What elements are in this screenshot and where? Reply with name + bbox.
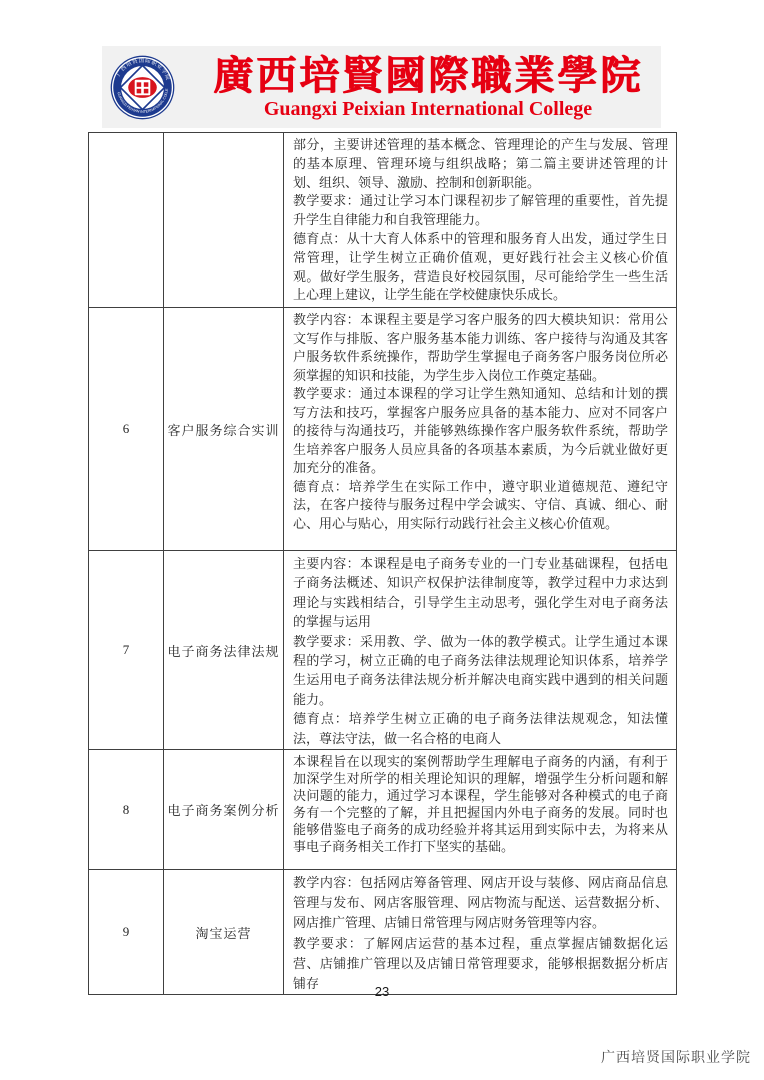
table-row: 6 客户服务综合实训 教学内容：本课程主要是学习客户服务的四大模块知识：常用公文… [89,308,677,551]
course-name: 客户服务综合实训 [164,308,284,551]
course-name: 电子商务案例分析 [164,750,284,870]
description-paragraph: 德育点：培养学生树立正确的电子商务法律法规观念，知法懂法，尊法守法，做一名合格的… [293,709,668,748]
description-paragraph: 教学内容：本课程主要是学习客户服务的四大模块知识：常用公文写作与排版、客户服务基… [293,311,668,385]
page-number: 23 [88,984,676,999]
course-description-table: 部分，主要讲述管理的基本概念、管理理论的产生与发展、管理的基本原理、管理环境与组… [88,132,677,995]
table-row: 7 电子商务法律法规 主要内容：本课程是电子商务专业的一门专业基础课程，包括电子… [89,551,677,750]
college-emblem-icon: 广西培贤国际职业学院 GUANGXI PEIXIAN INTERNATIONAL… [110,55,175,120]
course-description: 教学内容：包括网店筹备管理、网店开设与装修、网店商品信息管理与发布、网店客服管理… [284,870,677,995]
description-paragraph: 部分，主要讲述管理的基本概念、管理理论的产生与发展、管理的基本原理、管理环境与组… [293,136,668,192]
description-paragraph: 教学内容：包括网店筹备管理、网店开设与装修、网店商品信息管理与发布、网店客服管理… [293,873,668,934]
table-row: 8 电子商务案例分析 本课程旨在以现实的案例帮助学生理解电子商务的内涵，有利于加… [89,750,677,870]
course-number [89,133,164,308]
description-paragraph: 本课程旨在以现实的案例帮助学生理解电子商务的内涵，有利于加深学生对所学的相关理论… [293,753,668,855]
course-number: 8 [89,750,164,870]
document-page: { "header": { "college_name_zh": "廣西培賢國際… [0,0,764,1080]
course-number: 7 [89,551,164,750]
description-paragraph: 德育点：培养学生在实际工作中，遵守职业道德规范、遵纪守法，在客户接待与服务过程中… [293,478,668,534]
course-description: 教学内容：本课程主要是学习客户服务的四大模块知识：常用公文写作与排版、客户服务基… [284,308,677,551]
description-paragraph: 主要内容：本课程是电子商务专业的一门专业基础课程，包括电子商务法概述、知识产权保… [293,554,668,632]
description-paragraph: 教学要求：通过让学习本门课程初步了解管理的重要性，首先提升学生自律能力和自我管理… [293,192,668,230]
description-paragraph: 德育点：从十大育人体系中的管理和服务育人出发，通过学生日常管理，让学生树立正确价… [293,230,668,305]
description-paragraph: 教学要求：采用教、学、做为一体的教学模式。让学生通过本课程的学习，树立正确的电子… [293,632,668,710]
description-paragraph: 教学要求：通过本课程的学习让学生熟知通知、总结和计划的撰写方法和技巧，掌握客户服… [293,385,668,478]
college-watermark: 广西培贤国际职业学院 [601,1047,751,1067]
table-row: 部分，主要讲述管理的基本概念、管理理论的产生与发展、管理的基本原理、管理环境与组… [89,133,677,308]
table-row: 9 淘宝运营 教学内容：包括网店筹备管理、网店开设与装修、网店商品信息管理与发布… [89,870,677,995]
course-description: 本课程旨在以现实的案例帮助学生理解电子商务的内涵，有利于加深学生对所学的相关理论… [284,750,677,870]
college-title-block: 廣西培賢國際職業學院 Guangxi Peixian International… [202,54,654,120]
college-name-english: Guangxi Peixian International College [202,98,654,120]
course-description: 主要内容：本课程是电子商务专业的一门专业基础课程，包括电子商务法概述、知识产权保… [284,551,677,750]
course-name: 电子商务法律法规 [164,551,284,750]
college-name-chinese: 廣西培賢國際職業學院 [202,54,654,98]
course-name: 淘宝运营 [164,870,284,995]
course-number: 6 [89,308,164,551]
course-number: 9 [89,870,164,995]
course-description: 部分，主要讲述管理的基本概念、管理理论的产生与发展、管理的基本原理、管理环境与组… [284,133,677,308]
course-name [164,133,284,308]
college-header: 广西培贤国际职业学院 GUANGXI PEIXIAN INTERNATIONAL… [102,46,661,128]
